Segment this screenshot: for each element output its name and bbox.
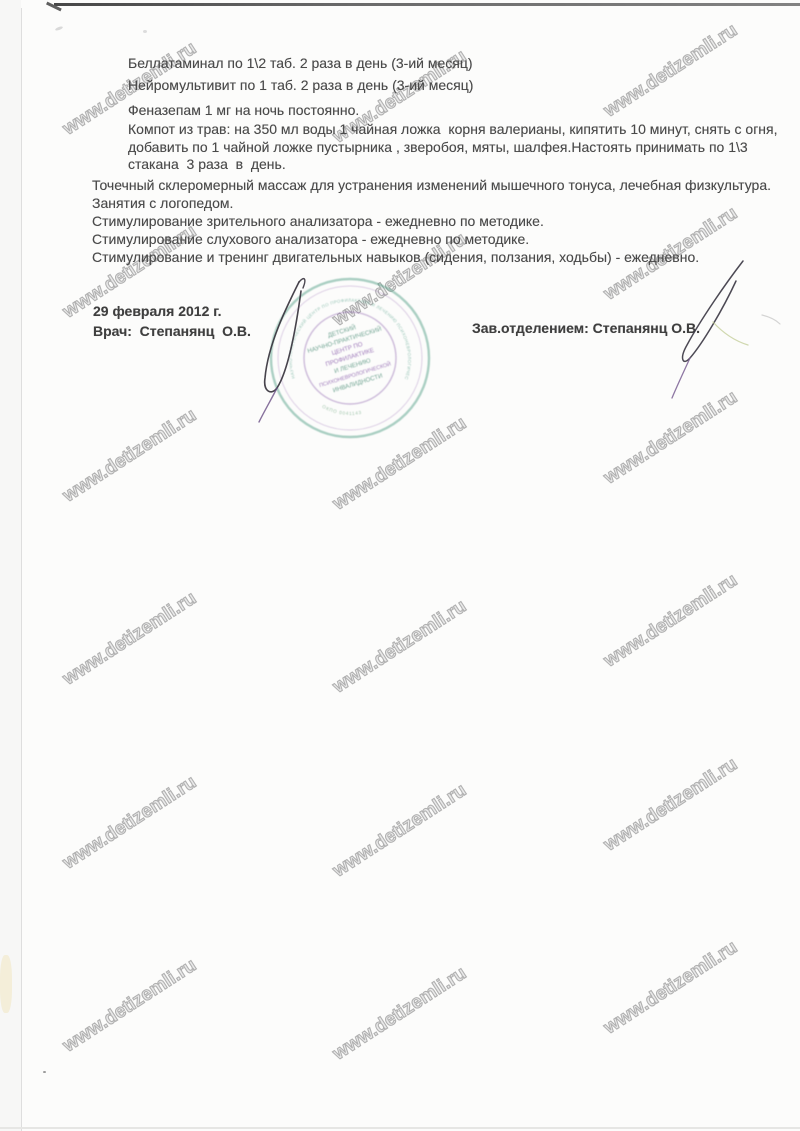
scan-stain: [0, 955, 12, 1013]
watermark-text: www.detizemli.ru: [600, 570, 742, 673]
scan-speck: [143, 30, 147, 33]
watermark-text: www.detizemli.ru: [600, 937, 742, 1040]
therapy-line: Стимулирование слухового анализатора - е…: [92, 231, 529, 247]
official-stamp: НАУЧНО-ПРАКТИЧЕСКИЙ ЦЕНТР ПО ПРОФИЛАКТИК…: [240, 248, 460, 468]
therapy-line: Точечный склеромерный массаж для устране…: [92, 177, 771, 193]
watermark-text: www.detizemli.ru: [600, 387, 742, 490]
head-of-department-line: Зав.отделением: Степанянц О.В.: [472, 320, 700, 336]
scan-top-edge: [54, 3, 800, 6]
paper-left-edge: [21, 8, 22, 1131]
watermark-text: www.detizemli.ru: [59, 772, 201, 875]
therapy-line: Стимулирование и тренинг двигательных на…: [92, 249, 699, 265]
medication-line: Нейромультивит по 1 таб. 2 раза в день (…: [128, 77, 473, 93]
herbal-recipe-line: стакана 3 раза в день.: [128, 156, 286, 172]
watermark-text: www.detizemli.ru: [329, 963, 471, 1066]
watermark-layer: www.detizemli.ruwww.detizemli.ruwww.deti…: [0, 0, 800, 1131]
date-line: 29 февраля 2012 г.: [93, 303, 222, 319]
paper-bottom-edge: [0, 1127, 800, 1129]
therapy-line: Стимулирование зрительного анализатора -…: [92, 213, 544, 229]
watermark-text: www.detizemli.ru: [329, 596, 471, 699]
stamp-okpo-text: ОКПО 0041143: [321, 404, 362, 416]
therapy-line: Занятия с логопедом.: [92, 195, 233, 211]
watermark-text: www.detizemli.ru: [600, 20, 742, 123]
stamp-center-text: ДЕТСКИЙ НАУЧНО-ПРАКТИЧЕСКИЙ ЦЕНТР ПО ПРО…: [304, 316, 396, 398]
watermark-text: www.detizemli.ru: [59, 405, 201, 508]
watermark-text: www.detizemli.ru: [59, 955, 201, 1058]
scan-speck: [55, 26, 64, 32]
herbal-recipe-line: добавить по 1 чайной ложке пустырника , …: [128, 139, 748, 155]
scan-speck: [43, 1071, 46, 1073]
herbal-recipe-line: Компот из трав: на 350 мл воды 1 чайная …: [128, 121, 778, 137]
medication-line: Феназепам 1 мг на ночь постоянно.: [128, 102, 359, 118]
scanned-medical-document: www.detizemli.ruwww.detizemli.ruwww.deti…: [0, 0, 800, 1131]
watermark-text: www.detizemli.ru: [59, 588, 201, 691]
medication-line: Беллатаминал по 1\2 таб. 2 раза в день (…: [128, 55, 473, 71]
doctor-line: Врач: Степанянц О.В.: [93, 323, 251, 339]
watermark-text: www.detizemli.ru: [600, 754, 742, 857]
watermark-text: www.detizemli.ru: [329, 780, 471, 883]
